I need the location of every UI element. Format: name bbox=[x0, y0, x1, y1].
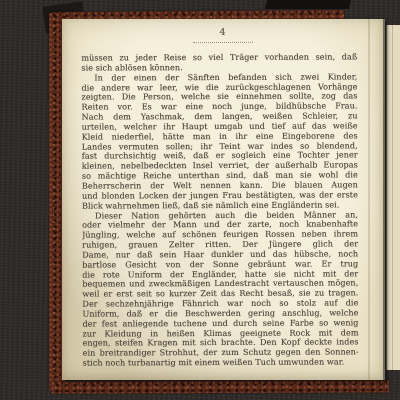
book-page: 4 müssen zu jeder Reise so viel Träger v… bbox=[62, 19, 385, 380]
page-number-rule bbox=[192, 40, 252, 43]
text-line: müssen zu jeder Reise so viel Träger vor… bbox=[81, 52, 357, 63]
text-line: stich noch turbanartig mit einem weißen … bbox=[83, 358, 359, 369]
scanner-background-notch bbox=[265, 0, 351, 9]
page-number: 4 bbox=[62, 28, 383, 38]
page-header: 4 bbox=[62, 19, 383, 43]
page-text-block: müssen zu jeder Reise so viel Träger vor… bbox=[81, 52, 358, 368]
book-scan: 4 müssen zu jeder Reise so viel Träger v… bbox=[0, 0, 400, 400]
adjacent-pages-fore-edge bbox=[386, 25, 400, 370]
marbled-cover-edge-bottom bbox=[51, 380, 389, 393]
